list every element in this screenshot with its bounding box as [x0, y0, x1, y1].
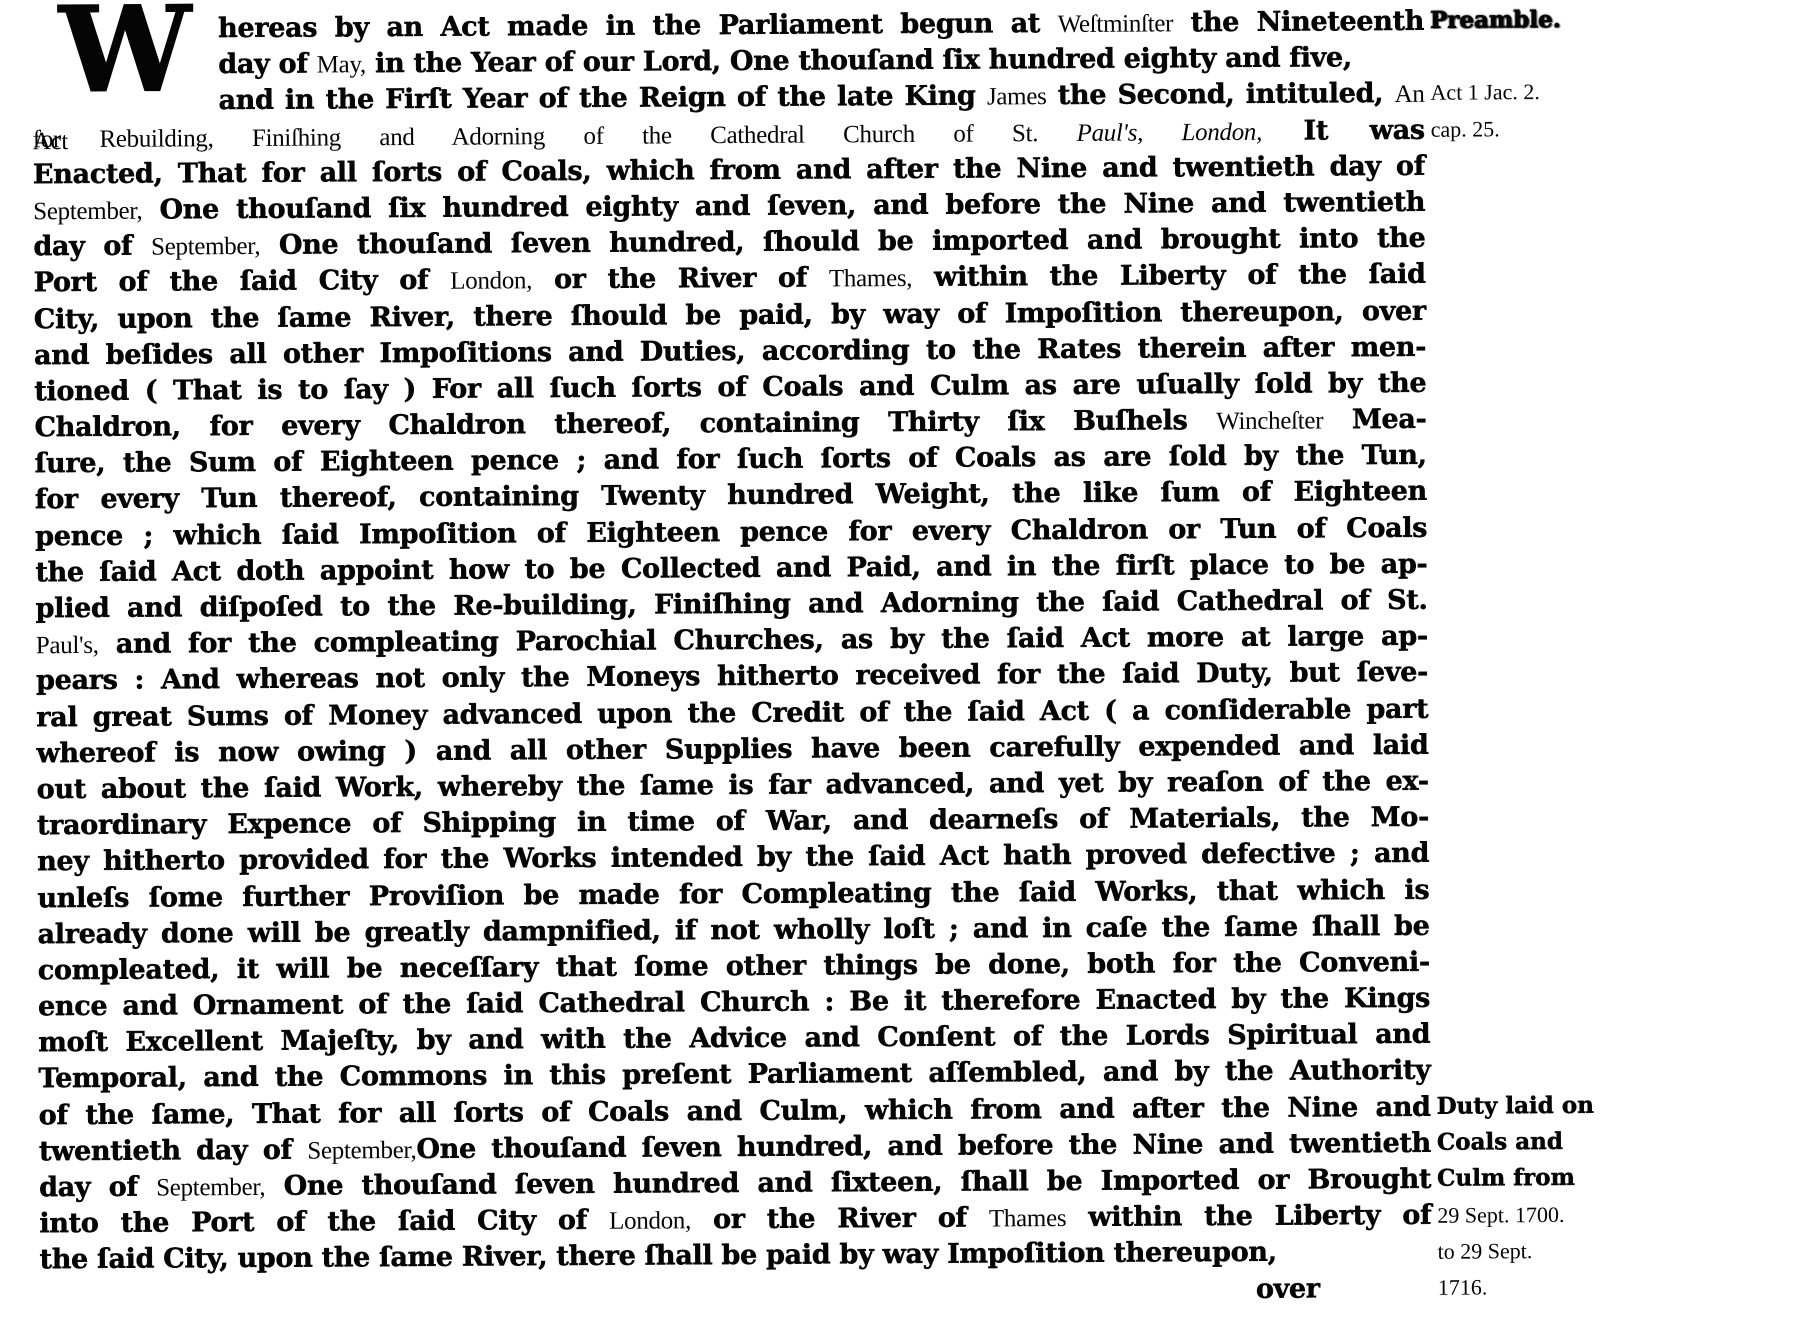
text-segment: Thames	[989, 1205, 1067, 1232]
margin-note: Duty laid on	[1437, 1088, 1594, 1125]
scanned-document-page: W hereas by an Act made in the Parliamen…	[0, 0, 1800, 1333]
text-segment: for every Tun thereof, containing Twenty…	[35, 476, 1427, 516]
text-segment: twentieth day of	[39, 1134, 308, 1167]
margin-note: Act 1 Jac. 2.	[1430, 74, 1540, 111]
margin-note: cap. 25.	[1431, 111, 1500, 148]
text-segment: It was	[1262, 114, 1425, 146]
text-segment: the Second, intituled,	[1046, 78, 1394, 111]
text-segment: September,	[33, 198, 142, 226]
text-segment: or the River of	[532, 263, 829, 296]
text-segment: London,	[450, 268, 532, 295]
margin-note: Coals and	[1437, 1124, 1563, 1161]
text-segment: Temporal, and the Commons in this preſen…	[38, 1055, 1430, 1095]
text-segment: hereas by an Act made in the Parliament …	[218, 8, 1058, 44]
margin-note: Preamble.	[1430, 2, 1561, 39]
text-segment: ney hitherto provided for the Works inte…	[37, 838, 1429, 878]
text-segment: Paul's,	[1077, 119, 1144, 146]
margin-notes-column: Preamble.Act 1 Jac. 2.cap. 25.Duty laid …	[1430, 1, 1788, 1323]
text-segment: day of	[33, 231, 151, 263]
text-segment: within the Liberty of	[1066, 1200, 1431, 1233]
text-segment: City, upon the ſame River, there ſhould …	[34, 295, 1426, 335]
scan-area: W hereas by an Act made in the Parliamen…	[0, 0, 1800, 1333]
text-segment: unleſs ſome further Proviſion be made fo…	[37, 874, 1429, 914]
text-segment: over	[1256, 1273, 1320, 1304]
text-segment: September,	[156, 1174, 265, 1202]
text-segment: day of	[39, 1172, 156, 1204]
text-segment: May,	[317, 51, 366, 78]
text-segment: for Rebuilding, Finiſhing and Adorning o…	[33, 119, 1077, 152]
text-segment: and in the Firſt Year of the Reign of th…	[218, 81, 987, 117]
margin-note: to 29 Sept.	[1437, 1233, 1532, 1270]
drop-cap-initial: W	[32, 10, 218, 84]
text-segment	[1143, 119, 1182, 146]
margin-note: Culm from	[1437, 1160, 1575, 1197]
text-segment: One thouſand ſeven hundred, and before t…	[416, 1128, 1431, 1165]
margin-note: 1716.	[1438, 1269, 1488, 1305]
text-segment: the ſaid City, upon the ſame River, ther…	[40, 1237, 1277, 1276]
text-segment: day of	[218, 49, 317, 81]
margin-note: 29 Sept. 1700.	[1437, 1197, 1564, 1234]
text-segment: Thames,	[829, 265, 912, 293]
text-segment: London,	[1181, 118, 1262, 145]
text-segment: within the Liberty of the ſaid	[912, 259, 1426, 293]
text-segment: London,	[609, 1207, 691, 1235]
text-segment: into the Port of the ſaid City of	[39, 1205, 609, 1239]
text-segment: pears : And whereas not only the Moneys …	[36, 657, 1428, 697]
text-segment: and for the compleating Parochial Church…	[99, 621, 1428, 660]
text-segment: Wincheſter	[1216, 407, 1323, 435]
text-segment: Weſtminſter	[1058, 10, 1174, 38]
text-segment: Port of the ſaid City of	[34, 265, 451, 299]
main-text-column: W hereas by an Act made in the Parliamen…	[32, 3, 1432, 1314]
text-segment: ral great Sums of Money advanced upon th…	[36, 693, 1428, 733]
text-segment: the Nineteenth	[1173, 6, 1424, 39]
text-segment: September,	[307, 1137, 416, 1165]
text-segment: or the River of	[691, 1203, 989, 1236]
text-segment: One thouſand ſix hundred eighty and ſeve…	[142, 187, 1425, 226]
text-segment: of the ſame, That for all ſorts of Coals…	[39, 1091, 1431, 1131]
text-segment: Mea-	[1323, 404, 1426, 436]
text-segment: Paul's,	[36, 632, 99, 659]
text-segment: and beſides all other Impoſitions and Du…	[34, 331, 1426, 371]
text-segment: pence ; which ſaid Impoſition of Eightee…	[35, 512, 1427, 552]
text-segment: James	[987, 83, 1047, 110]
text-segment: Chaldron, for every Chaldron thereof, co…	[34, 405, 1216, 443]
text-segment: One thouſand ſeven hundred, ſhould be im…	[260, 223, 1425, 261]
text-segment: in the Year of our Lord, One thouſand ſi…	[366, 42, 1352, 79]
text-segment: One thouſand ſeven hundred and ſixteen, …	[265, 1164, 1431, 1202]
text-segment: September,	[151, 233, 260, 261]
